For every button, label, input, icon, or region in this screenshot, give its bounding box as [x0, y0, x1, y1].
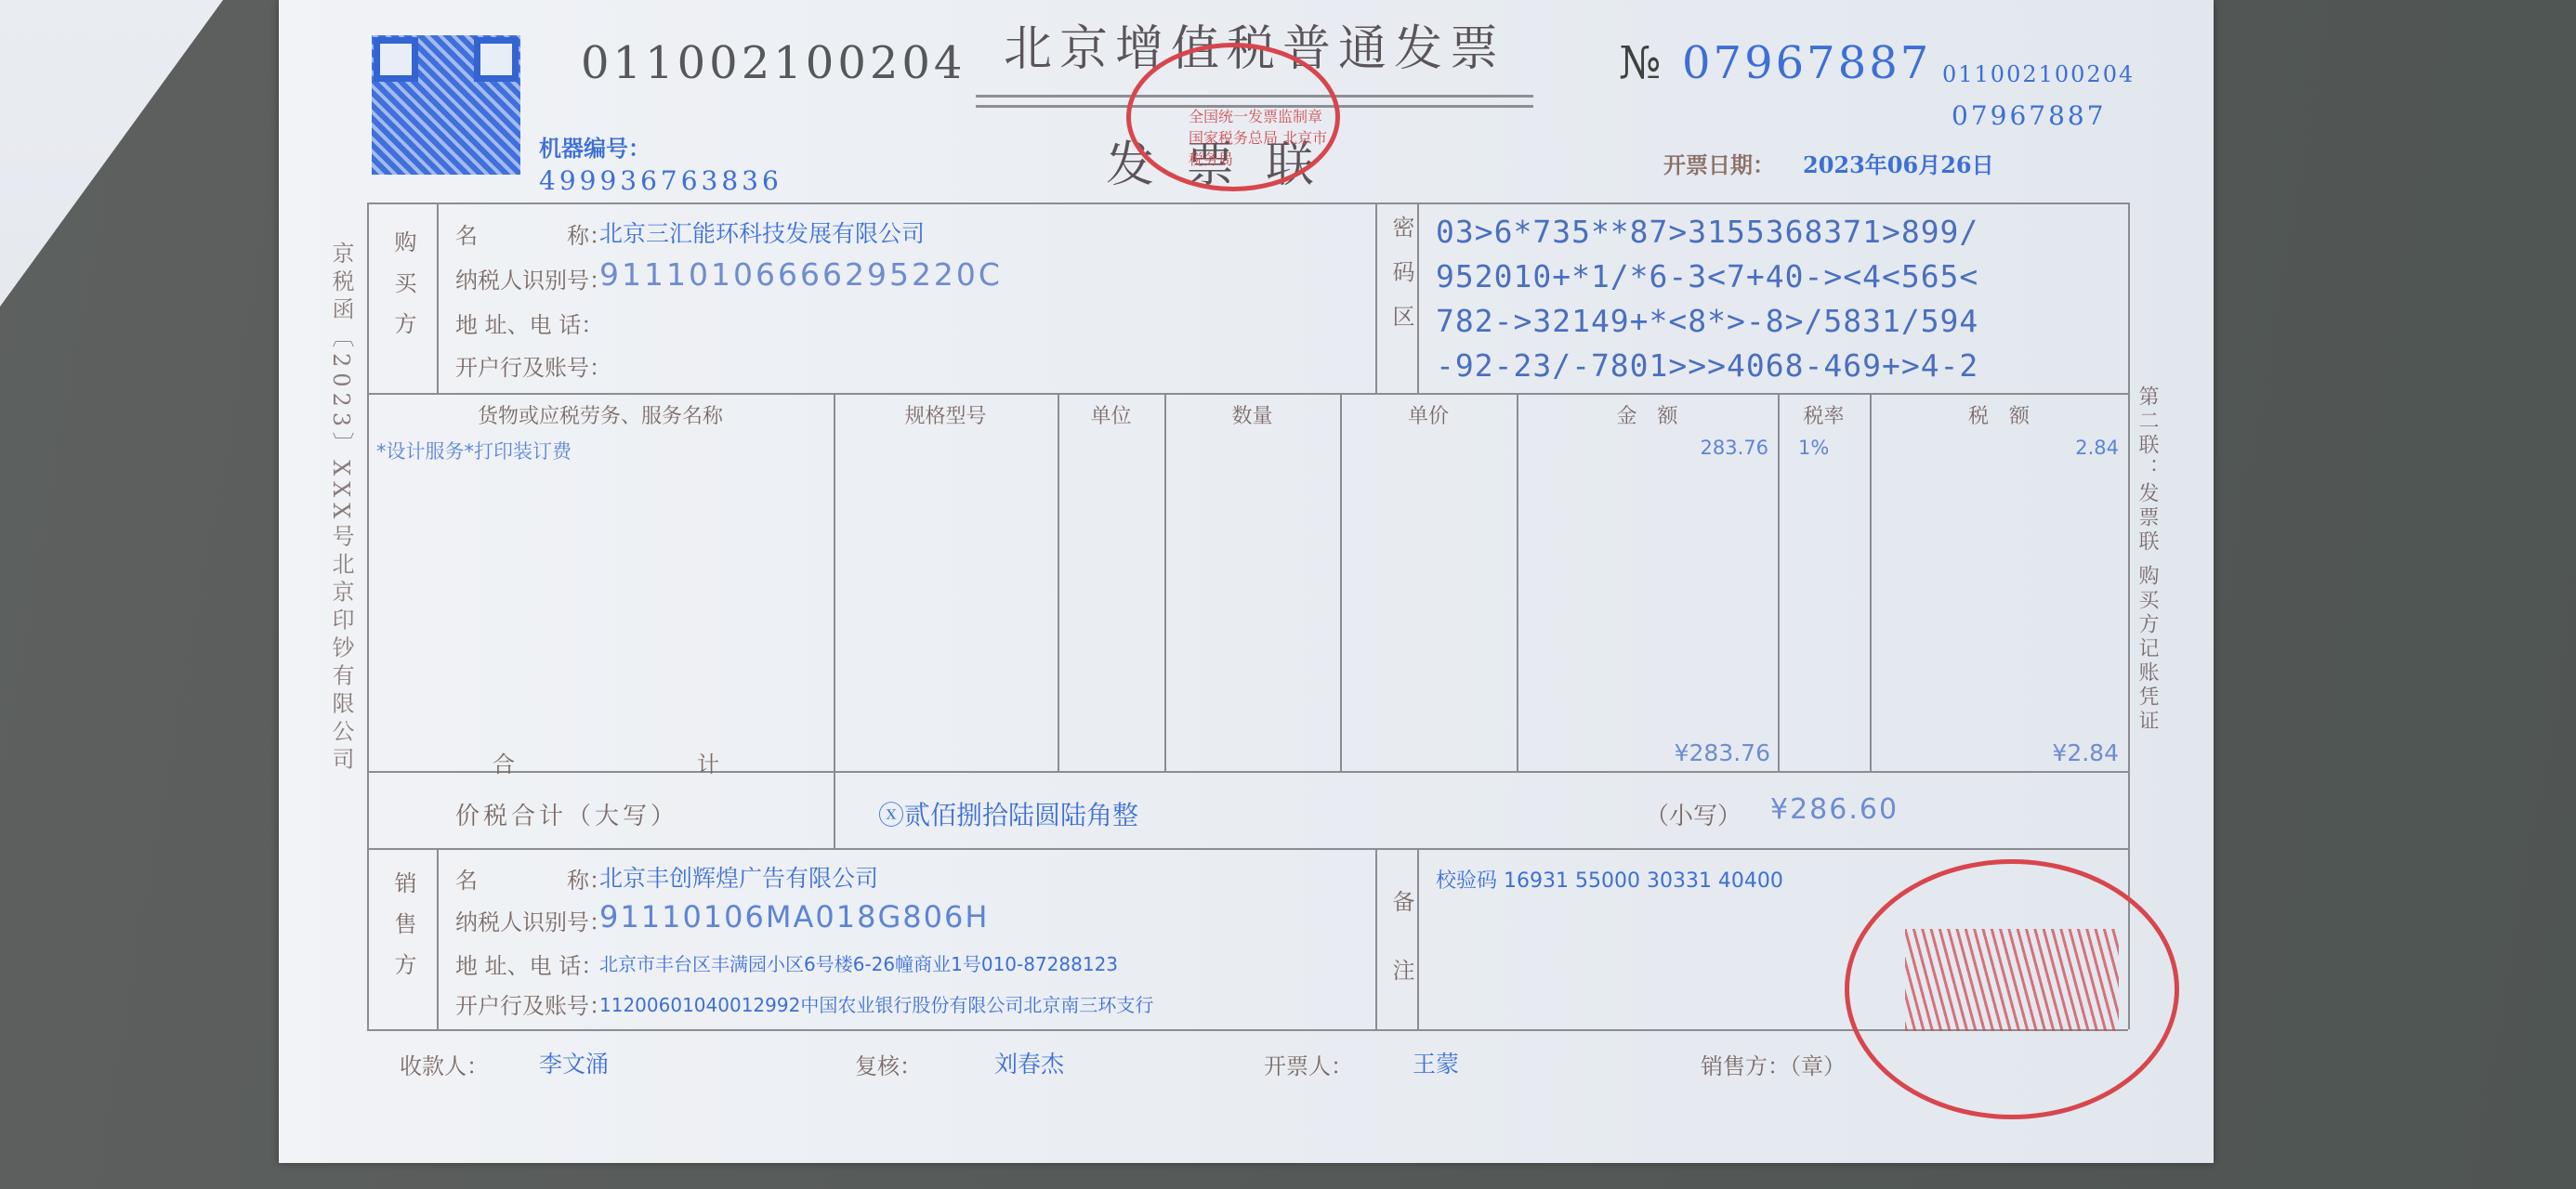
machine-number-label: 机器编号： — [539, 130, 651, 163]
item-header-cell: 货物或应税劳务、服务名称 — [367, 400, 834, 429]
grid-line — [367, 203, 2128, 204]
qr-code — [372, 35, 520, 175]
total-tax: ¥2.84 — [1965, 739, 2119, 766]
grid-line — [367, 203, 369, 1029]
invoice-number-small: 07967887 — [1952, 100, 2107, 131]
seller-address: 北京市丰台区丰满园小区6号楼6-26幢商业1号010-87288123 — [599, 949, 1118, 976]
item-header-cell: 税 额 — [1870, 400, 2128, 429]
payee: 李文涌 — [539, 1046, 609, 1079]
seller-invoice-seal — [1845, 859, 2179, 1119]
cipher-line: 782->32149+*<8*>-8>/5831/594 — [1436, 303, 1978, 339]
cipher-line: -92-23/-7801>>>4068-469+>4-2 — [1436, 347, 1978, 384]
issue-date: 2023年06月26日 — [1803, 147, 1994, 179]
invoice-paper: 011002100204 机器编号： 499936763836 北京增值税普通发… — [279, 0, 2214, 1163]
buyer-name: 北京三汇能环科技发展有限公司 — [599, 216, 925, 249]
buyer-bank-label: 开户行及账号： — [455, 349, 611, 382]
seller-tax-id: 91110106MA018G806H — [599, 899, 989, 934]
reviewer: 刘春杰 — [994, 1046, 1064, 1079]
remarks-label: 备注 — [1386, 890, 1418, 1027]
grand-total-small: ¥286.60 — [1770, 793, 1899, 826]
seller-name-label: 名 称： — [455, 862, 611, 895]
remarks-content: 校验码 16931 55000 30331 40400 — [1436, 865, 1783, 894]
right-margin-text: 第二联：发票联 购买方记账凭证 — [2133, 385, 2162, 734]
reviewer-label: 复核： — [855, 1048, 922, 1080]
grid-line — [1375, 848, 1377, 1029]
seller-address-label: 地 址、电 话： — [455, 947, 603, 980]
issue-date-label: 开票日期： — [1663, 147, 1775, 179]
item-header-cell: 单位 — [1058, 400, 1164, 429]
invoice-number: 07967887 — [1682, 37, 1931, 89]
left-margin-text: 京税函〔2023〕XXX号北京印钞有限公司 — [325, 242, 358, 775]
seller-name: 北京丰创辉煌广告有限公司 — [599, 860, 878, 894]
grand-total-label: 价税合计（大写） — [455, 797, 678, 831]
seller-tax-id-label: 纳税人识别号： — [455, 904, 611, 936]
drawer-label: 开票人： — [1264, 1048, 1353, 1080]
invoice-grid: 购买方 名 称： 北京三汇能环科技发展有限公司 纳税人识别号： 91110106… — [367, 203, 2128, 1034]
cipher-line: 952010+*1/*6-3<7+40-><4<565< — [1436, 258, 1978, 294]
machine-number: 499936763836 — [539, 165, 782, 196]
item-cell-rate: 1% — [1798, 437, 1881, 459]
cipher-label: 密码区 — [1386, 216, 1418, 349]
buyer-name-label: 名 称： — [455, 217, 611, 250]
buyer-tax-id: 91110106666295220C — [599, 256, 1003, 293]
cipher-line: 03>6*735**87>3155368371>899/ — [1436, 214, 1978, 250]
grid-line — [437, 848, 439, 1029]
tax-bureau-seal: 全国统一发票监制章 国家税务总局 北京市税务局 — [1126, 43, 1340, 191]
drawer: 王蒙 — [1413, 1046, 1459, 1079]
grand-total-small-label: （小写） — [1645, 797, 1741, 831]
seller-bank: 11200601040012992中国农业银行股份有限公司北京南三环支行 — [599, 990, 1153, 1017]
seal-stamp-text — [1905, 929, 2119, 1031]
item-header-cell: 规格型号 — [834, 400, 1058, 429]
buyer-tax-id-label: 纳税人识别号： — [455, 262, 611, 294]
total-amount: ¥283.76 — [1640, 739, 1770, 766]
item-header-cell: 税率 — [1778, 400, 1870, 429]
item-header-cell: 金 额 — [1517, 400, 1778, 429]
grid-line — [1340, 393, 1342, 771]
grid-line — [367, 848, 2128, 850]
grid-line — [834, 393, 835, 848]
buyer-address-label: 地 址、电 话： — [455, 307, 603, 339]
item-cell-amount: 283.76 — [1517, 437, 1768, 459]
grid-line — [437, 203, 439, 393]
item-cell-tax: 2.84 — [1870, 437, 2119, 459]
payee-label: 收款人： — [400, 1048, 489, 1080]
total-row-label: 合 计 — [493, 746, 738, 778]
grid-line — [1778, 393, 1780, 771]
seller-seal-label: 销售方：（章） — [1701, 1048, 1846, 1080]
grid-line — [1058, 393, 1059, 771]
grand-total-uppercase: ⓧ贰佰捌拾陆圆陆角整 — [878, 795, 1138, 832]
seller-section-label: 销售方 — [388, 871, 420, 994]
buyer-section-label: 购买方 — [388, 230, 420, 353]
seal-text: 全国统一发票监制章 国家税务总局 北京市税务局 — [1189, 105, 1335, 169]
item-header-cell: 数量 — [1164, 400, 1340, 429]
invoice-code-small: 011002100204 — [1942, 61, 2135, 87]
item-cell-name: *设计服务*打印装订费 — [376, 437, 572, 464]
grid-line — [367, 393, 2128, 395]
item-header-cell: 单价 — [1340, 400, 1517, 429]
grid-line — [1164, 393, 1166, 771]
grid-line — [1375, 203, 1377, 393]
invoice-code: 011002100204 — [581, 37, 966, 89]
number-mark: № — [1619, 37, 1661, 89]
seller-bank-label: 开户行及账号： — [455, 987, 611, 1020]
